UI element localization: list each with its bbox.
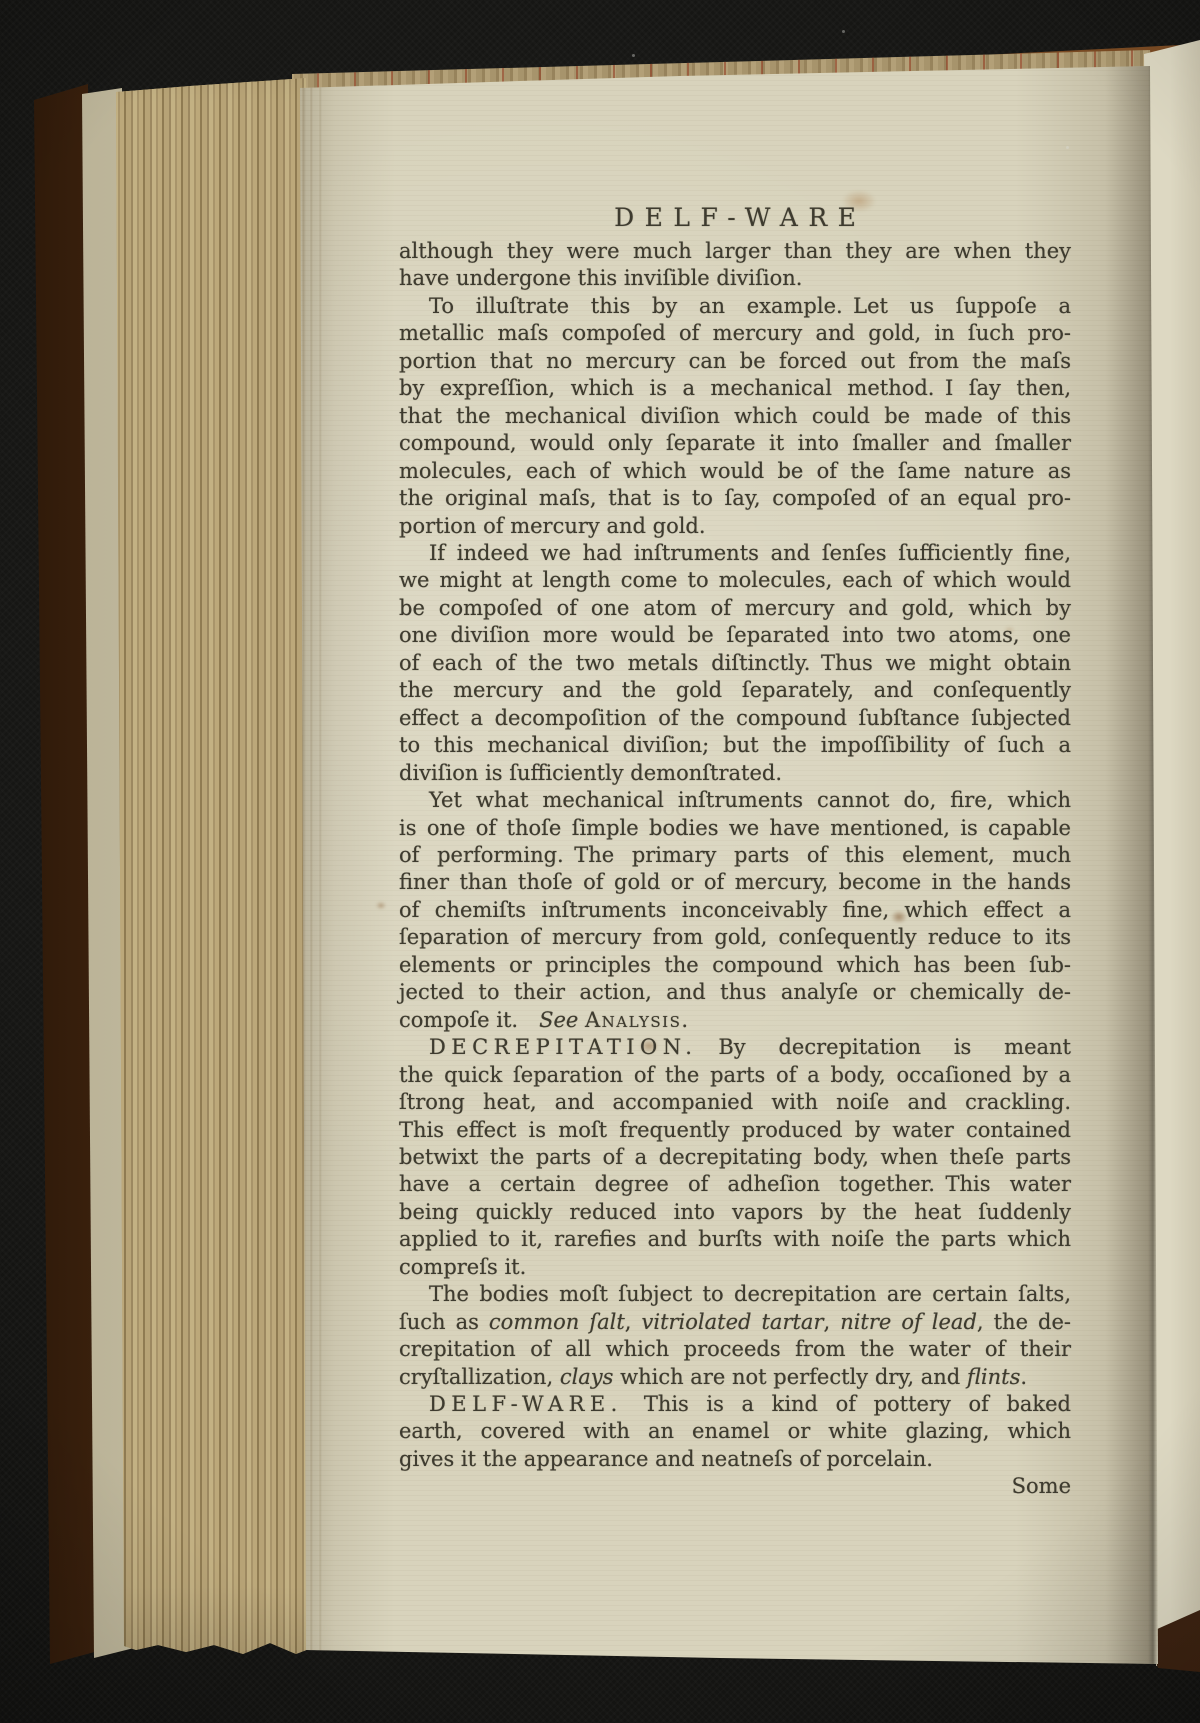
book-photograph: DELF-WARE although they were much larger…: [0, 0, 1200, 1723]
photo-vignette: [0, 0, 1200, 1723]
